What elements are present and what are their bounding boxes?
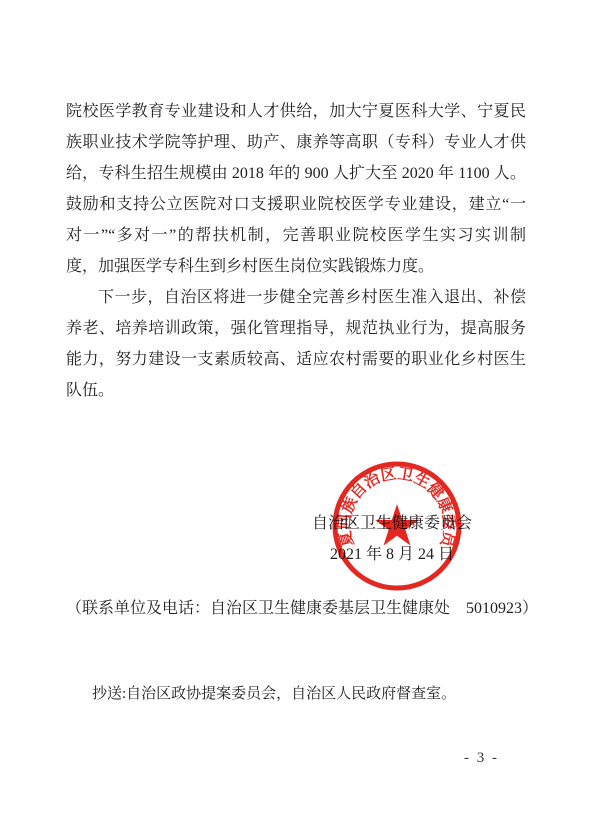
paragraph: 院校医学教育专业建设和人才供给，加大宁夏医科大学、宁夏民族职业技术学院等护理、助… — [66, 96, 526, 282]
body-text-line: 度，加强医学专科生到乡村医生岗位实践锻炼力度。 — [66, 251, 526, 282]
body-text-line: 养老、培养培训政策，强化管理指导，规范执业行为，提高服务 — [66, 313, 526, 344]
paragraph: 下一步，自治区将进一步健全完善乡村医生准入退出、补偿养老、培养培训政策，强化管理… — [66, 282, 526, 406]
body-text-line: 院校医学教育专业建设和人才供给，加大宁夏医科大学、宁夏民 — [66, 96, 526, 127]
signature-organization: 自治区卫生健康委员会 — [247, 508, 537, 539]
contact-line: （联系单位及电话：自治区卫生健康委基层卫生健康处 5010923） — [66, 598, 566, 620]
body-text-line: 对一”“多对一”的帮扶机制，完善职业院校医学生实习实训制 — [66, 220, 526, 251]
body-text-line: 下一步，自治区将进一步健全完善乡村医生准入退出、补偿 — [66, 282, 526, 313]
page-number: - 3 - — [464, 750, 499, 767]
document-page: 院校医学教育专业建设和人才供给，加大宁夏医科大学、宁夏民族职业技术学院等护理、助… — [0, 0, 591, 836]
document-body: 院校医学教育专业建设和人才供给，加大宁夏医科大学、宁夏民族职业技术学院等护理、助… — [66, 96, 526, 406]
cc-line: 抄送:自治区政协提案委员会，自治区人民政府督查室。 — [92, 684, 456, 704]
body-text-line: 能力，努力建设一支素质较高、适应农村需要的职业化乡村医生 — [66, 344, 526, 375]
body-text-line: 队伍。 — [66, 375, 526, 406]
signature-block: 自治区卫生健康委员会 2021 年 8 月 24 日 — [247, 508, 537, 570]
signature-date: 2021 年 8 月 24 日 — [247, 539, 537, 570]
body-text-line: 族职业技术学院等护理、助产、康养等高职（专科）专业人才供 — [66, 127, 526, 158]
body-text-line: 给，专科生招生规模由 2018 年的 900 人扩大至 2020 年 1100 … — [66, 158, 526, 189]
body-text-line: 鼓励和支持公立医院对口支援职业院校医学专业建设，建立“一 — [66, 189, 526, 220]
